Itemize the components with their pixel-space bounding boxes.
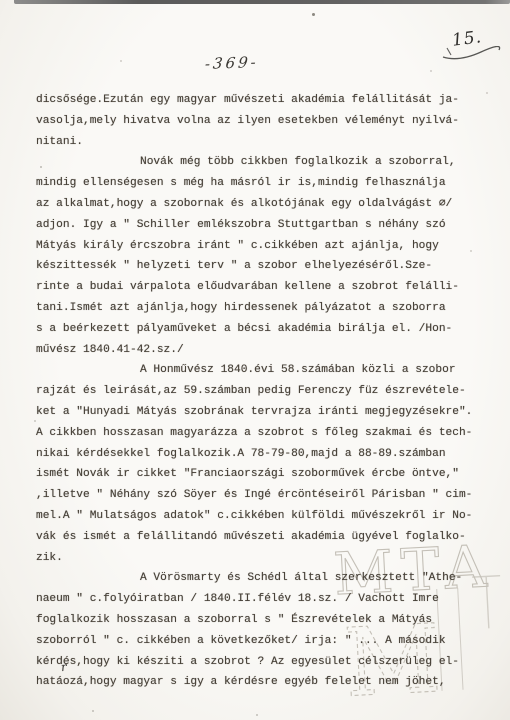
- typed-line: A Honművész 1840.évi 58.számában közli a…: [36, 360, 496, 381]
- handwritten-page-number: -369-: [204, 53, 260, 73]
- handwritten-insertion-r: r: [60, 660, 67, 675]
- scanned-document-page: 15. -369- MTA M dicsősége.Ezután egy mag…: [0, 0, 510, 720]
- typed-line: zik.: [36, 548, 496, 569]
- scan-speck: [486, 92, 488, 94]
- typed-line: vák és ismét a felállitandó művészeti ak…: [36, 527, 496, 548]
- typed-line: kérdés,hogy ki késziti a szobrot ? Az eg…: [36, 652, 496, 673]
- typed-line: készittessék " helyzeti terv " a szobor …: [36, 256, 496, 277]
- scan-speck: [120, 60, 122, 62]
- typed-line: A Vörösmarty és Schédl által szerkesztet…: [36, 568, 496, 589]
- typed-line: szoborról " c. cikkében a következőket/ …: [36, 631, 496, 652]
- typed-line: ismét Novák ir cikket "Franciaországi sz…: [36, 464, 496, 485]
- typed-line: foglalkozik hosszasan a szoborral s " És…: [36, 610, 496, 631]
- paragraph: dicsősége.Ezután egy magyar művészeti ak…: [36, 90, 496, 152]
- typed-text: dicsősége.Ezután egy magyar művészeti ak…: [36, 90, 496, 693]
- sheet-number-underline: [441, 46, 501, 62]
- typed-line: vasolja,mely hivatva volna az ilyen eset…: [36, 111, 496, 132]
- typed-line: A cikkben hosszasan magyarázza a szobrot…: [36, 423, 496, 444]
- scan-speck: [92, 710, 94, 712]
- typed-line: s a beérkezett pályaműveket a bécsi akad…: [36, 319, 496, 340]
- typed-line: ,illetve " Néhány szó Söyer és Ingé ércö…: [36, 485, 496, 506]
- scan-speck: [40, 166, 42, 168]
- typed-line: az alkalmat,hogy a szobornak és alkotójá…: [36, 194, 496, 215]
- typed-line: adjon. Igy a " Schiller emlékszobra Stut…: [36, 215, 496, 236]
- typed-line: tani.Ismét azt ajánlja,hogy hirdessenek …: [36, 298, 496, 319]
- typed-line: ket a "Hunyadi Mátyás szobrának tervrajz…: [36, 402, 496, 423]
- typed-line: hatáozá,hogy magyar s igy a kérdésre egy…: [36, 672, 496, 693]
- typed-line: naeum " c.folyóiratban / 1840.II.félév 1…: [36, 589, 496, 610]
- typed-line: Novák még több cikkben foglalkozik a szo…: [36, 152, 496, 173]
- typed-line: nitani.: [36, 132, 496, 153]
- scan-speck: [34, 420, 36, 422]
- scan-speck: [312, 13, 315, 16]
- typed-line: rajzát és leirását,az 59.számban pedig F…: [36, 381, 496, 402]
- scan-speck: [60, 475, 62, 477]
- typed-line: mel.A " Mulatságos adatok" c.cikkében kü…: [36, 506, 496, 527]
- scan-speck: [430, 70, 432, 72]
- typed-line: Mátyás király ércszobra iránt " c.cikkéb…: [36, 236, 496, 257]
- typed-line: rinte a budai várpalota előudvarában kel…: [36, 277, 496, 298]
- scan-edge-strip: [14, 0, 510, 4]
- paragraph: A Honművész 1840.évi 58.számában közli a…: [36, 360, 496, 568]
- typed-line: dicsősége.Ezután egy magyar művészeti ak…: [36, 90, 496, 111]
- typed-line: mindig ellenségesen s még ha másról ir i…: [36, 173, 496, 194]
- typed-line: művész 1840.41-42.sz./: [36, 340, 496, 361]
- typed-line: nikai kérdésekkel foglalkozik.A 78-79-80…: [36, 444, 496, 465]
- scan-speck: [470, 250, 472, 252]
- paragraph: A Vörösmarty és Schédl által szerkesztet…: [36, 568, 496, 693]
- paragraph: Novák még több cikkben foglalkozik a szo…: [36, 152, 496, 360]
- scan-speck: [256, 714, 258, 716]
